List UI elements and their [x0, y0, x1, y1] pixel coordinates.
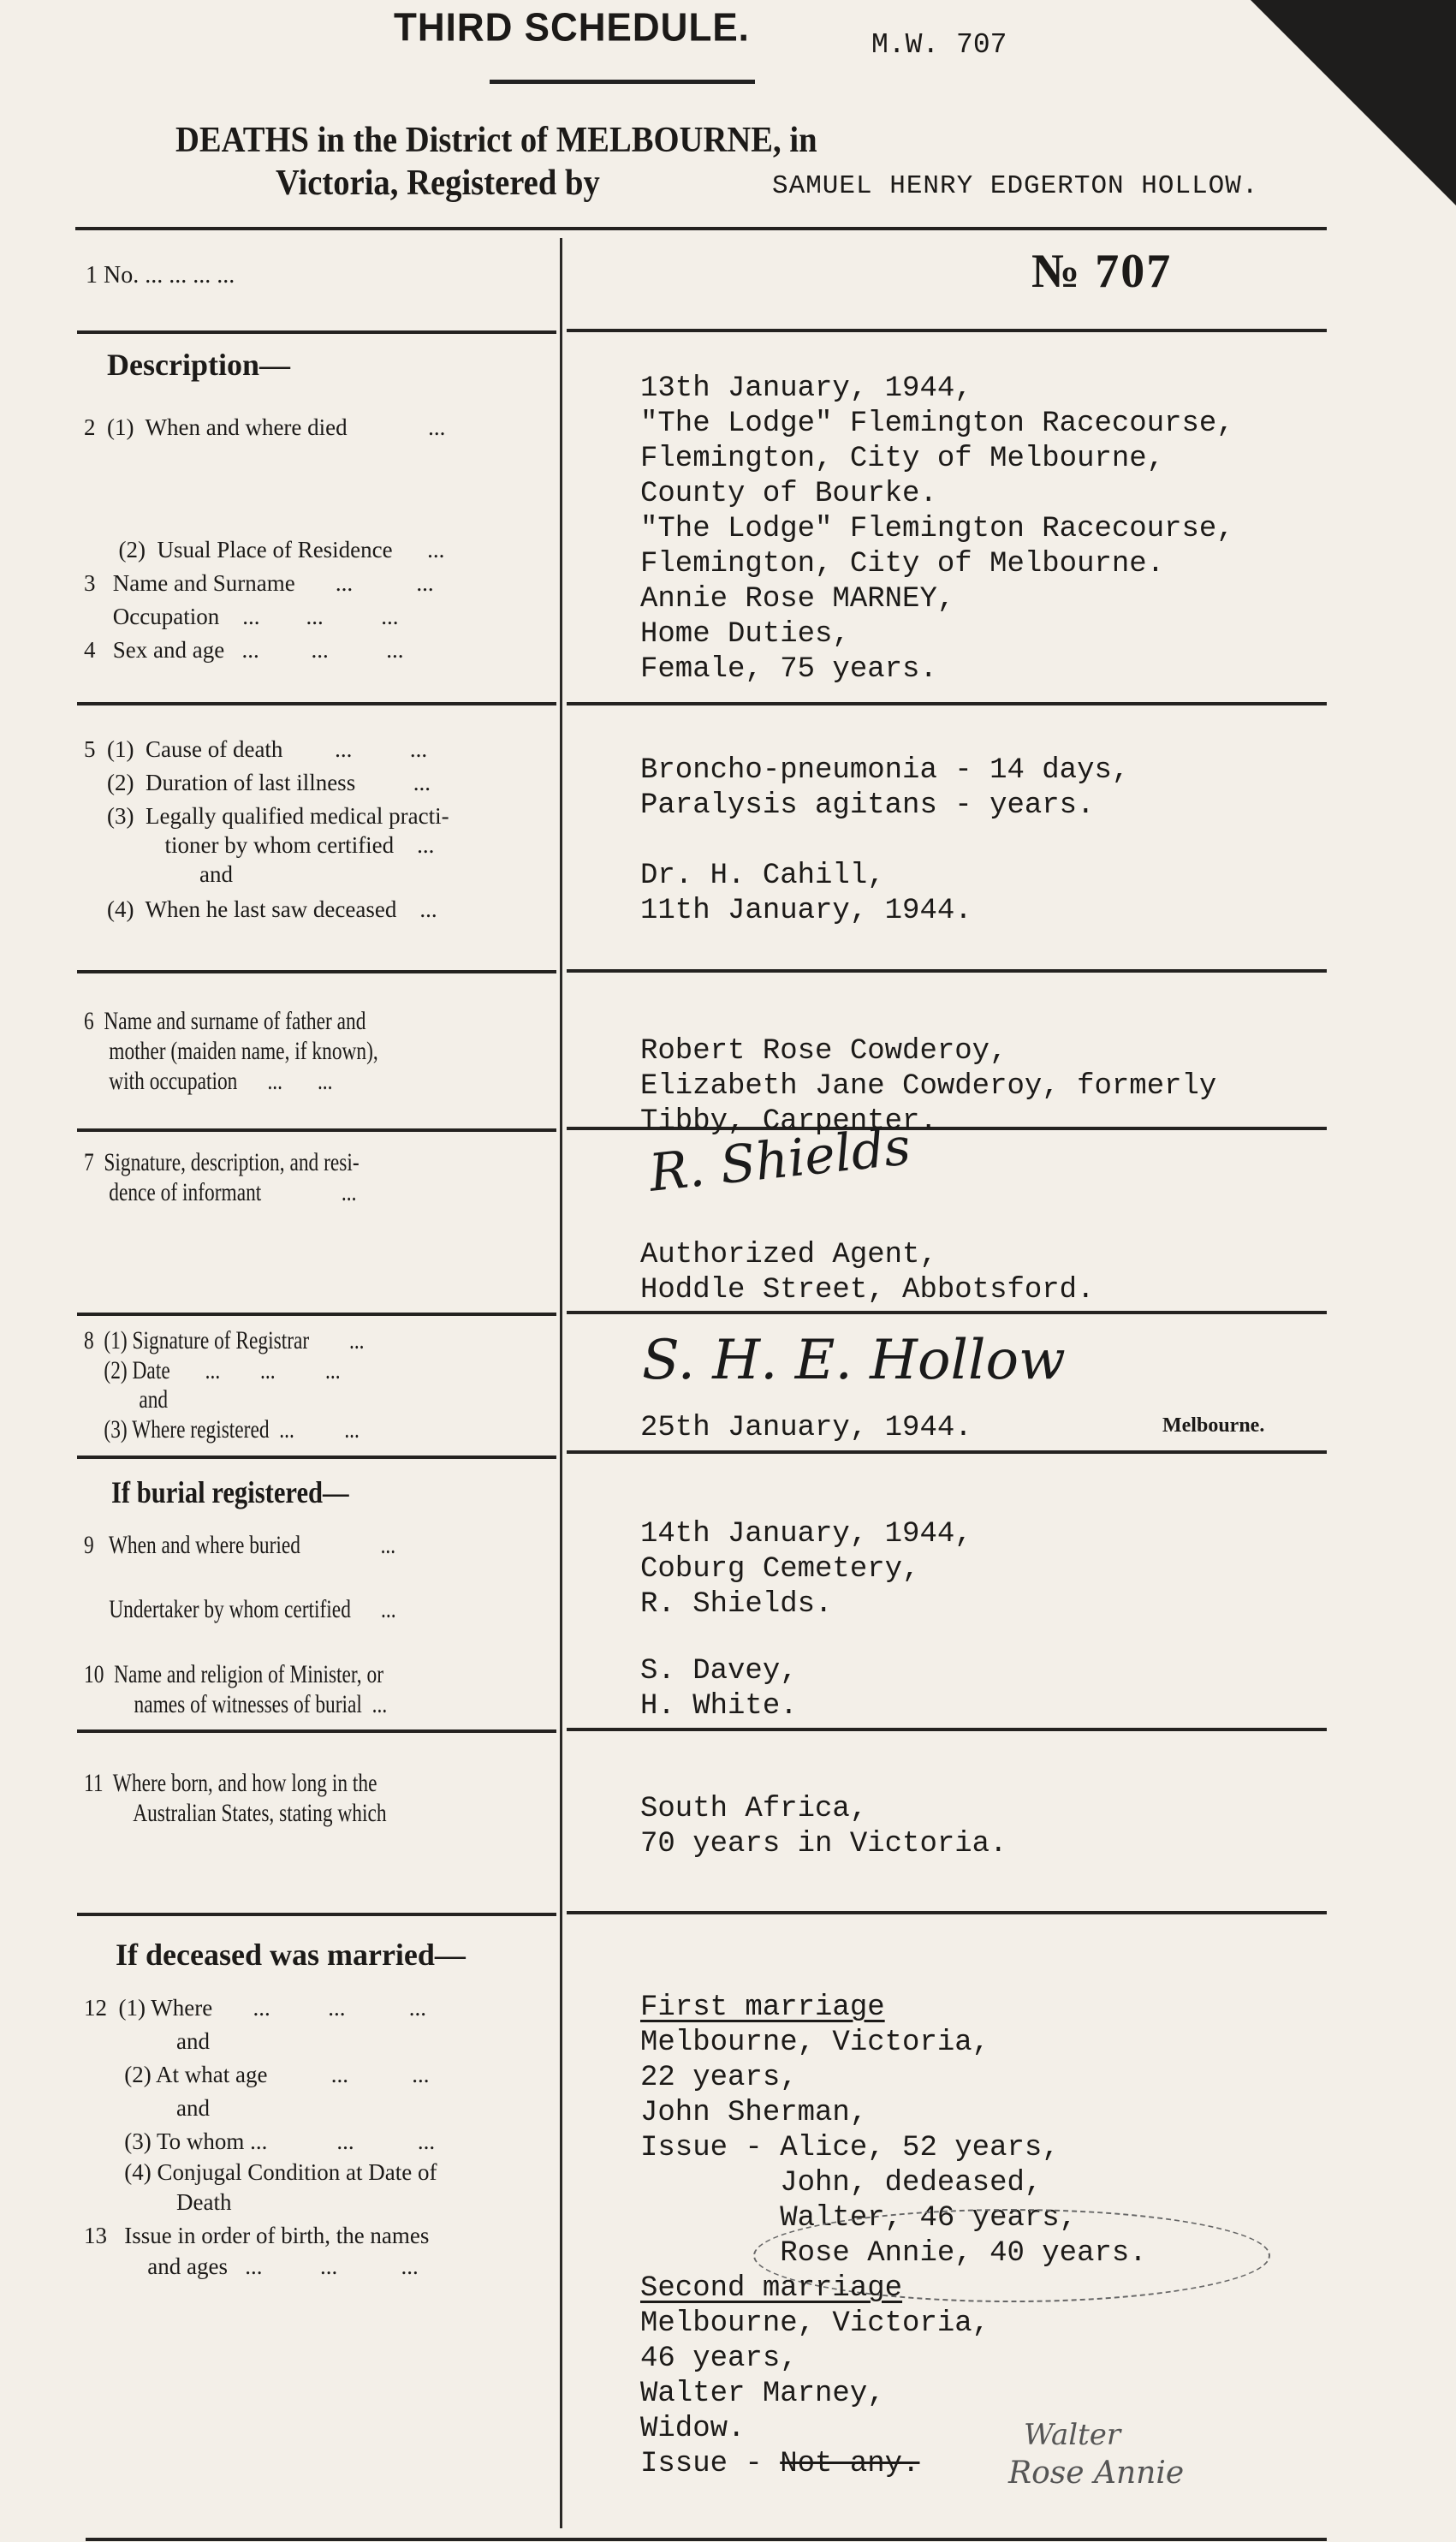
rule-1-right: [567, 329, 1327, 332]
label-when-where-died: 2 (1) When and where died ...: [84, 411, 445, 444]
value-residence-2: Flemington, City of Melbourne.: [640, 547, 1164, 582]
first-marriage-line: Melbourne, Victoria,: [640, 2026, 989, 2061]
value-burial-date: 14th January, 1944,: [640, 1517, 972, 1552]
label-undertaker: Undertaker by whom certified ...: [84, 1594, 396, 1624]
label-marriage-age: (2) At what age ... ...: [84, 2058, 429, 2092]
rule-6-left: [77, 1456, 556, 1459]
form-heading-line2: Victoria, Registered by: [276, 163, 600, 204]
value-name: Annie Rose MARNEY,: [640, 582, 954, 617]
label-and-4: and: [84, 2092, 210, 2125]
label-birthplace-2: Australian States, stating which: [84, 1798, 387, 1828]
rule-8-right: [567, 1911, 1327, 1914]
first-marriage-line: John Sherman,: [640, 2096, 867, 2131]
second-marriage-issue: Issue - Not any.: [640, 2447, 919, 2482]
rule-4-left: [77, 1128, 556, 1132]
rule-2-left: [77, 702, 556, 705]
handwritten-note-rose-annie: Rose Annie: [1008, 2456, 1184, 2491]
schedule-title: THIRD SCHEDULE.: [394, 6, 750, 51]
label-registrar-signature: 8 (1) Signature of Registrar ...: [84, 1325, 365, 1355]
rule-bottom: [86, 2538, 1327, 2541]
value-registration-place: Melbourne.: [1162, 1414, 1264, 1438]
label-issue: 13 Issue in order of birth, the names: [84, 2219, 429, 2253]
label-occupation: Occupation ... ... ...: [84, 600, 398, 634]
label-marriage-whom: (3) To whom ... ... ...: [84, 2125, 435, 2158]
second-marriage-line: Widow.: [640, 2412, 745, 2447]
schedule-ref: M.W. 707: [871, 29, 1007, 61]
value-last-seen: 11th January, 1944.: [640, 894, 972, 929]
rule-top: [75, 227, 1327, 230]
value-doctor: Dr. H. Cahill,: [640, 859, 885, 894]
value-informant-desc: Authorized Agent,: [640, 1238, 937, 1273]
label-minister-2: names of witnesses of burial ...: [84, 1689, 387, 1719]
value-undertaker: R. Shields.: [640, 1587, 832, 1622]
rule-5-right: [567, 1311, 1327, 1314]
issue-struck-text: Not any.: [780, 2448, 919, 2480]
value-burial-place: Coburg Cemetery,: [640, 1552, 919, 1587]
first-marriage-line: John, dedeased,: [640, 2166, 1042, 2201]
entry-number-label: 1 No. ... ... ... ...: [86, 262, 235, 289]
first-marriage-line: 22 years,: [640, 2061, 798, 2096]
label-name-surname: 3 Name and Surname ... ...: [84, 567, 434, 600]
value-birthplace: South Africa,: [640, 1792, 867, 1827]
value-died-date: 13th January, 1944,: [640, 372, 972, 407]
label-last-saw: (4) When he last saw deceased ...: [84, 893, 437, 926]
burial-section-title: If burial registered—: [111, 1474, 349, 1510]
entry-number-value: № 707: [1031, 244, 1172, 299]
rule-2-right: [567, 702, 1327, 705]
rule-7-right: [567, 1728, 1327, 1731]
title-rule: [490, 80, 755, 84]
label-birthplace: 11 Where born, and how long in the: [84, 1768, 377, 1798]
marriage-section-title: If deceased was married—: [116, 1937, 466, 1973]
second-marriage-heading: Second marriage: [640, 2271, 902, 2307]
handwritten-note-walter: Walter: [1024, 2418, 1120, 2452]
value-occupation: Home Duties,: [640, 617, 850, 652]
value-witness: H. White.: [640, 1689, 798, 1724]
value-residence-1: "The Lodge" Flemington Racecourse,: [640, 512, 1234, 547]
label-conjugal-condition: (4) Conjugal Condition at Date of: [84, 2156, 437, 2189]
value-informant-address: Hoddle Street, Abbotsford.: [640, 1273, 1095, 1308]
label-informant: 7 Signature, description, and resi-: [84, 1147, 360, 1177]
label-date: (2) Date ... ... ...: [84, 1355, 341, 1385]
label-conjugal-condition-2: Death: [84, 2186, 231, 2219]
value-died-place-3: County of Bourke.: [640, 477, 937, 512]
description-section-title: Description—: [107, 347, 290, 383]
second-marriage-line: 46 years,: [640, 2342, 798, 2377]
rule-8-left: [77, 1913, 556, 1916]
label-marriage-where: 12 (1) Where ... ... ...: [84, 1991, 426, 2025]
second-marriage-line: Melbourne, Victoria,: [640, 2307, 989, 2342]
label-parents-3: with occupation ... ...: [84, 1066, 333, 1096]
form-heading-line1: DEATHS in the District of MELBOURNE, in: [175, 120, 817, 161]
value-duration: Paralysis agitans - years.: [640, 789, 1095, 824]
label-duration-illness: (2) Duration of last illness ...: [84, 766, 431, 800]
issue-prefix: Issue -: [640, 2448, 780, 2480]
value-died-place-2: Flemington, City of Melbourne,: [640, 442, 1164, 477]
rule-7-left: [77, 1729, 556, 1733]
label-and-3: and: [84, 2025, 210, 2058]
label-sex-age: 4 Sex and age ... ... ...: [84, 634, 403, 667]
value-minister: S. Davey,: [640, 1654, 798, 1689]
second-marriage-line: Walter Marney,: [640, 2377, 885, 2412]
first-marriage-line: Issue - Alice, 52 years,: [640, 2131, 1060, 2166]
value-years-victoria: 70 years in Victoria.: [640, 1827, 1007, 1862]
rule-3-right: [567, 969, 1327, 973]
label-issue-2: and ages ... ... ...: [84, 2250, 419, 2283]
label-usual-residence: (2) Usual Place of Residence ...: [84, 533, 444, 567]
registrar-name: SAMUEL HENRY EDGERTON HOLLOW.: [772, 171, 1259, 201]
value-died-place-1: "The Lodge" Flemington Racecourse,: [640, 407, 1234, 442]
value-cause: Broncho-pneumonia - 14 days,: [640, 753, 1129, 789]
value-registration-date: 25th January, 1944.: [640, 1411, 972, 1446]
label-cause-of-death: 5 (1) Cause of death ... ...: [84, 733, 427, 766]
label-when-where-buried: 9 When and where buried ...: [84, 1530, 395, 1560]
value-sex-age: Female, 75 years.: [640, 652, 937, 688]
value-mother: Elizabeth Jane Cowderoy, formerly: [640, 1069, 1216, 1104]
label-parents: 6 Name and surname of father and: [84, 1006, 365, 1036]
label-parents-2: mother (maiden name, if known),: [84, 1036, 378, 1066]
label-minister: 10 Name and religion of Minister, or: [84, 1659, 383, 1689]
label-where-registered: (3) Where registered ... ...: [84, 1414, 360, 1444]
column-divider: [560, 238, 562, 2528]
rule-1-left: [77, 330, 556, 334]
label-and: and: [84, 858, 233, 891]
rule-6-right: [567, 1450, 1327, 1454]
label-informant-2: dence of informant ...: [84, 1177, 356, 1207]
value-father: Robert Rose Cowderoy,: [640, 1034, 1007, 1069]
first-marriage-heading: First marriage: [640, 1991, 885, 2026]
scan-corner-shadow: [1251, 0, 1456, 205]
rule-5-left: [77, 1313, 556, 1316]
label-and-2: and: [84, 1384, 168, 1414]
registrar-signature: S. H. E. Hollow: [642, 1329, 1066, 1392]
rule-3-left: [77, 970, 556, 973]
